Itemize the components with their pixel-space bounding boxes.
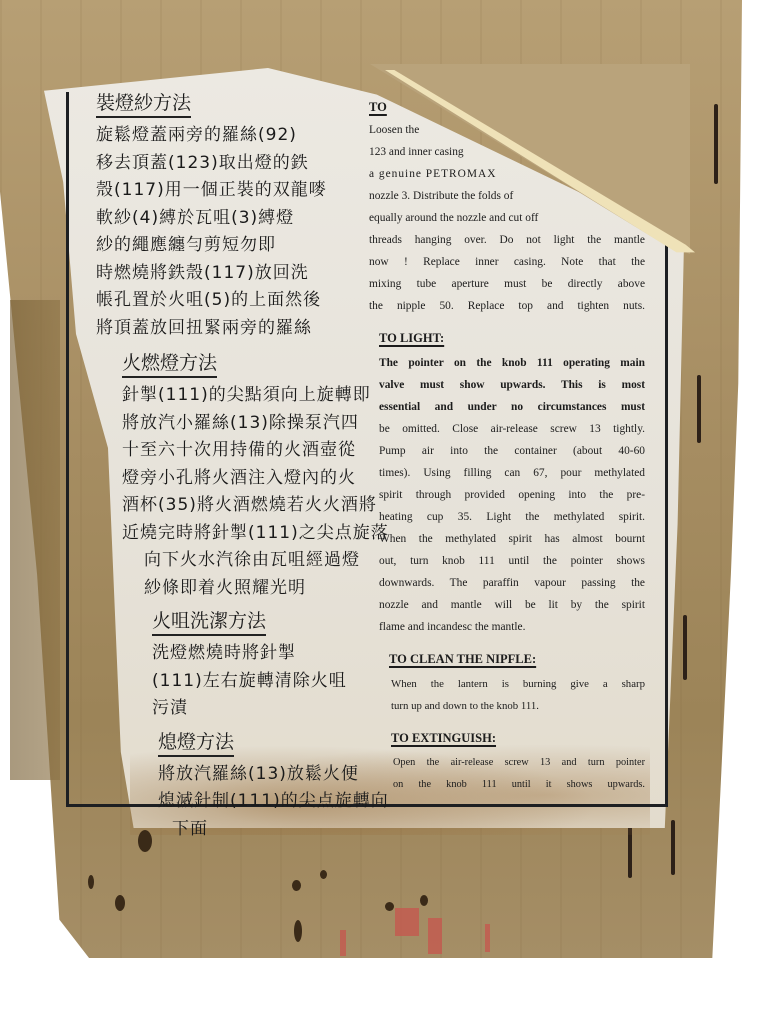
zh-heading: 火燃燈方法: [122, 348, 217, 378]
en-line: flame and incandesc the mantle.: [369, 616, 645, 638]
en-line: be omitted. Close air-release screw 13 t…: [369, 418, 645, 440]
en-line: spirit through provided opening into the…: [369, 484, 645, 506]
zh-line: 酒杯(35)將火酒燃燒若火火酒將: [122, 492, 366, 520]
zh-section-extinguish: 熄燈方法 將放汽羅絲(13)放鬆火便 熄滅針制(111)的尖点旋轉向 下面: [96, 727, 366, 844]
staple: [697, 375, 701, 443]
en-heading: TO: [369, 100, 645, 115]
zh-line: 近燒完時將針掣(111)之尖点旋落: [122, 520, 366, 548]
zh-heading: 火咀洗潔方法: [152, 606, 266, 636]
en-line: When the methylated spirit has almost bo…: [369, 528, 645, 550]
zh-line: (111)左右旋轉清除火咀: [152, 668, 366, 696]
en-line: nozzle and mantle will be lit by the spi…: [369, 594, 645, 616]
zh-line: 污漬: [152, 695, 366, 723]
en-line: the nipple 50. Replace top and tighten n…: [369, 295, 645, 317]
en-line: Pump air into the container (about 40-60: [369, 440, 645, 462]
stain-spot: [88, 875, 94, 889]
stain-spot: [138, 830, 152, 852]
zh-line: 熄滅針制(111)的尖点旋轉向: [158, 788, 366, 816]
zh-line: 下面: [158, 816, 366, 844]
stain-spot: [420, 895, 428, 906]
zh-line: 針掣(111)的尖點須向上旋轉即: [122, 382, 366, 410]
zh-line: 將放汽羅絲(13)放鬆火便: [158, 761, 366, 789]
en-heading: TO LIGHT:: [379, 331, 645, 346]
zh-heading: 熄燈方法: [158, 727, 234, 757]
en-line: essential and under no circumstances mus…: [369, 396, 645, 418]
en-section-clean-nipple: TO CLEAN THE NIPFLE: When the lantern is…: [369, 652, 645, 717]
en-section-mantle: TO Loosen the 123 and inner casing a gen…: [369, 100, 645, 317]
en-line: valve must show upwards. This is most: [369, 374, 645, 396]
staple: [671, 820, 675, 875]
zh-line: 向下火水汽徐由瓦咀經過燈: [122, 547, 366, 575]
en-line: turn up and down to the knob 111.: [369, 695, 645, 717]
zh-line: 紗條即着火照耀光明: [122, 575, 366, 603]
staple: [683, 615, 687, 680]
en-line: When the lantern is burning give a sharp: [369, 673, 645, 695]
cardboard-stain-strip: [10, 300, 60, 780]
en-section-to-light: TO LIGHT: The pointer on the knob 111 op…: [369, 331, 645, 638]
zh-line: 將放汽小羅絲(13)除操泵汽四: [122, 410, 366, 438]
red-ink-mark: [428, 918, 442, 954]
zh-section-install-mantle: 裝燈紗方法 旋鬆燈蓋兩旁的羅絲(92) 移去頂蓋(123)取出燈的鉄 殼(117…: [96, 88, 366, 342]
en-line: downwards. The paraffin vapour passing t…: [369, 572, 645, 594]
en-heading: TO EXTINGUISH:: [391, 731, 645, 746]
staple: [714, 104, 718, 184]
zh-line: 燈旁小孔將火酒注入燈內的火: [122, 465, 366, 493]
en-line: times). Using filling can 67, pour methy…: [369, 462, 645, 484]
stain-spot: [320, 870, 327, 879]
en-line: The pointer on the knob 111 operating ma…: [369, 352, 645, 374]
zh-line: 旋鬆燈蓋兩旁的羅絲(92): [96, 122, 366, 150]
zh-section-clean-nozzle: 火咀洗潔方法 洗燈燃燒時將針掣 (111)左右旋轉清除火咀 污漬: [96, 606, 366, 723]
stain-spot: [294, 920, 302, 942]
stain-spot: [385, 902, 394, 911]
zh-line: 十至六十次用持備的火酒壺從: [122, 437, 366, 465]
zh-line: 紗的繩應纏勻剪短勿即: [96, 232, 366, 260]
en-line: mixing tube aperture must be directly ab…: [369, 273, 645, 295]
en-line: Open the air-release screw 13 and turn p…: [369, 752, 645, 774]
en-line: out, turn knob 111 until the pointer sho…: [369, 550, 645, 572]
en-heading: TO CLEAN THE NIPFLE:: [389, 652, 645, 667]
zh-section-lighting: 火燃燈方法 針掣(111)的尖點須向上旋轉即 將放汽小羅絲(13)除操泵汽四 十…: [96, 348, 366, 602]
en-line: a genuine PETROMAX: [369, 163, 645, 185]
zh-line: 移去頂蓋(123)取出燈的鉄: [96, 150, 366, 178]
en-line: now ! Replace inner casing. Note that th…: [369, 251, 645, 273]
en-line: equally around the nozzle and cut off: [369, 207, 645, 229]
en-line: heating cup 35. Light the methylated spi…: [369, 506, 645, 528]
zh-line: 帳孔置於火咀(5)的上面然後: [96, 287, 366, 315]
en-line: Loosen the: [369, 119, 645, 141]
en-line: 123 and inner casing: [369, 141, 645, 163]
en-line: threads hanging over. Do not light the m…: [369, 229, 645, 251]
zh-line: 時燃燒將鉄殼(117)放回洗: [96, 260, 366, 288]
red-ink-mark: [485, 924, 490, 952]
en-line: on the knob 111 until it shows upwards.: [369, 774, 645, 796]
en-line: nozzle 3. Distribute the folds of: [369, 185, 645, 207]
zh-heading: 裝燈紗方法: [96, 88, 191, 118]
zh-line: 洗燈燃燒時將針掣: [152, 640, 366, 668]
stain-spot: [115, 895, 125, 911]
zh-line: 將頂蓋放回扭緊兩旁的羅絲: [96, 315, 366, 343]
red-ink-mark: [395, 908, 419, 936]
stain-spot: [292, 880, 301, 891]
red-ink-mark: [340, 930, 346, 956]
zh-line: 軟紗(4)縛於瓦咀(3)縛燈: [96, 205, 366, 233]
english-instructions: TO Loosen the 123 and inner casing a gen…: [369, 100, 645, 796]
chinese-instructions: 裝燈紗方法 旋鬆燈蓋兩旁的羅絲(92) 移去頂蓋(123)取出燈的鉄 殼(117…: [96, 88, 366, 847]
en-section-extinguish: TO EXTINGUISH: Open the air-release scre…: [369, 731, 645, 796]
zh-line: 殼(117)用一個正裝的双龍嘜: [96, 177, 366, 205]
